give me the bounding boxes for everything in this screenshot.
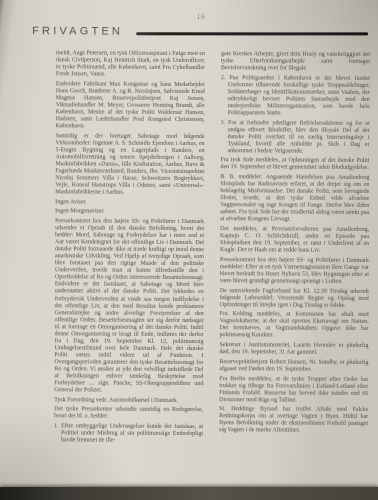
paragraph: Reservepolitibetjent Robert Hansen, Nr. … xyxy=(219,359,368,374)
paragraph: Sekretær i Justitsministeriet, Laurits H… xyxy=(219,342,368,357)
paragraph: Fra tysk Side meddeles, at Opløsningen a… xyxy=(220,158,369,173)
paragraph: Pressekontoret hos den højere SS- og Pol… xyxy=(220,257,369,286)
diary-entry: 20/9 Ingen Aviser. xyxy=(55,199,204,207)
masthead-title: FRIVAGTEN xyxy=(32,25,123,37)
numbered-item: 1. Efter omhyggelige Undersøgelser kunde… xyxy=(54,423,203,445)
desk-shadow xyxy=(0,487,378,500)
diary-entry: 23/9 Det meddeles, at Proviantforvaltere… xyxy=(220,226,369,255)
left-column: meldt, Aage Petersen, en tysk Officersas… xyxy=(54,50,205,486)
paragraph: Tysk Forordning vedr. Automobilkørsel i … xyxy=(54,397,203,405)
paragraph: Samtidig er der foretaget Sabotage mod f… xyxy=(55,133,204,197)
paragraph: Pressekontoret hos den højere SS- og Pol… xyxy=(54,218,204,395)
masthead-row: FRIVAGTEN xyxy=(32,25,368,39)
page-number: 16 xyxy=(1,12,378,22)
diary-entry: 21/9 Ingen Morgenaviser. xyxy=(55,209,204,217)
paragraph: De samvirkende Fagforbund har Kl. 12.30 … xyxy=(220,288,369,310)
paragraph: Det tyske Pressekontor udsendte samtidig… xyxy=(54,407,203,422)
paragraph: Fra Berlin meddeles, at de tyske Tropper… xyxy=(219,376,368,405)
paragraph: gale Kredses Arbejde, givet dem Husly og… xyxy=(221,51,370,73)
right-column: gale Kredses Arbejde, givet dem Husly og… xyxy=(219,51,370,487)
paragraph: B. B. meddeler: Angaaende Hændelsen paa … xyxy=(220,174,369,224)
paragraph: meldt, Aage Petersen, en tysk Officersas… xyxy=(56,50,205,79)
paragraph: Fra Kolding meddeles, at Kommunen har af… xyxy=(220,312,369,341)
scanned-page-photo: 16 FRIVAGTEN meldt, Aage Petersen, en ty… xyxy=(0,0,378,500)
paragraph: St. Heddinge Byraad har truffet Aftale m… xyxy=(219,406,368,435)
header-rule xyxy=(136,32,368,36)
page-content: 16 FRIVAGTEN meldt, Aage Petersen, en ty… xyxy=(0,0,378,500)
numbered-item: 3. For at forhindre yderligere Befrielse… xyxy=(220,120,369,156)
paragraph: Endvidere Fabrikant Max Kongsmar og hans… xyxy=(56,81,205,131)
text-columns: meldt, Aage Petersen, en tysk Officersas… xyxy=(54,50,371,487)
numbered-item: 2. Paa Politigaarden i København er der … xyxy=(221,75,370,118)
